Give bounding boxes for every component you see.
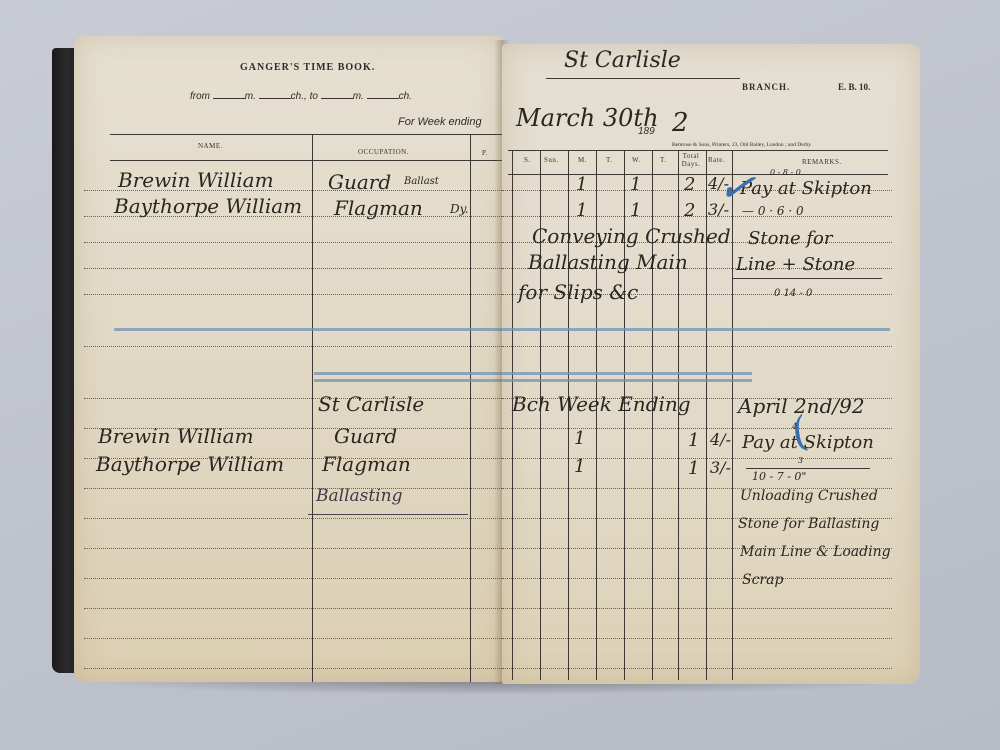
- week1-name-2: Baythorpe William: [114, 194, 302, 218]
- week1-note-line2b: Line + Stone: [736, 254, 855, 275]
- col-s-header: S.: [524, 156, 531, 164]
- col-sun-header: Sun.: [544, 156, 559, 164]
- ruled-line: [84, 578, 502, 579]
- week1-row1-w: 1: [630, 174, 641, 195]
- year-handwritten: 2: [672, 108, 689, 138]
- ruled-line: [84, 242, 502, 243]
- week1-row1-remarks: Pay at Skipton: [740, 178, 872, 199]
- from-miles-blank: [213, 90, 245, 99]
- week2-occupation-2: Flagman: [322, 452, 411, 476]
- week1-row1-m: 1: [576, 174, 587, 195]
- week2-remarks-line2: Stone for Ballasting: [738, 516, 879, 532]
- blue-rule: [114, 328, 502, 331]
- col-occupation-header: OCCUPATION.: [358, 148, 409, 156]
- mileage-range: from m. ch., to m. ch.: [190, 90, 412, 102]
- ballasting-underline: [308, 514, 468, 515]
- week2-occupation-note: Ballasting: [316, 486, 402, 506]
- blue-rule: [502, 379, 752, 382]
- col-t2-header: T.: [660, 156, 667, 164]
- col-t-header: T.: [606, 156, 613, 164]
- week2-occupation-1: Guard: [334, 424, 397, 448]
- ruled-line: [502, 578, 892, 579]
- line-stone-underline: [732, 278, 882, 279]
- header-bottom-rule: [110, 160, 502, 161]
- ruled-line: [502, 428, 892, 429]
- week2-row2-m: 1: [574, 456, 585, 477]
- week2-row2-remarks: 10 - 7 - 0": [752, 470, 806, 483]
- form-code: E. B. 10.: [838, 82, 870, 92]
- week2-row2-rate: 3/-: [710, 458, 731, 477]
- header-bottom-rule: [508, 174, 888, 175]
- week2-name-1: Brewin William: [98, 424, 254, 448]
- week2-remarks-line1: Unloading Crushed: [740, 488, 878, 504]
- blue-rule: [502, 372, 752, 375]
- col-m-header: M.: [578, 156, 587, 164]
- col-w-header: W.: [632, 156, 641, 164]
- week1-occupation-note-2: Dy.: [450, 202, 469, 216]
- header-top-rule: [508, 150, 888, 151]
- to-chains-blank: [367, 90, 399, 99]
- ruled-line: [84, 548, 502, 549]
- ruled-line: [84, 294, 502, 295]
- ruled-line: [84, 638, 502, 639]
- ruled-line: [502, 216, 892, 217]
- week2-remarks-line3: Main Line & Loading: [740, 544, 891, 560]
- week1-note-line1b: Stone for: [748, 228, 832, 249]
- week2-row1-rate: 4/-: [710, 430, 731, 449]
- col-name-header: NAME.: [198, 142, 223, 150]
- header-top-rule: [110, 134, 502, 135]
- pay-rule: [746, 468, 870, 469]
- branch-underline: [546, 78, 740, 79]
- ruled-line: [502, 638, 892, 639]
- ruled-line: [84, 518, 502, 519]
- week1-pay-superscript: 0 - 8 - 0: [770, 168, 801, 177]
- ruled-line: [502, 608, 892, 609]
- week-ending-label: For Week ending: [398, 116, 482, 128]
- week1-occupation-note-1: Ballast: [404, 176, 439, 187]
- col-total-days-header: Total Days.: [678, 152, 704, 168]
- year-printed: 189: [638, 126, 655, 137]
- ruled-line: [84, 346, 502, 347]
- ruled-line: [84, 398, 502, 399]
- week1-row2-w: 1: [630, 200, 641, 221]
- ruled-line: [84, 268, 502, 269]
- week2-row1-total: 1: [688, 430, 699, 451]
- week2-pay-superscript-2: 3: [798, 456, 803, 465]
- left-page: GANGER'S TIME BOOK. from m. ch., to m. c…: [74, 36, 502, 682]
- week2-row1-m: 1: [574, 428, 585, 449]
- week2-name-2: Baythorpe William: [96, 452, 284, 476]
- week1-note-line1: Conveying Crushed: [532, 224, 731, 248]
- week1-row2-total: 2: [684, 200, 695, 221]
- printer-imprint: Bemrose & Sons, Printers, 23, Old Bailey…: [672, 142, 811, 148]
- week2-branch: St Carlisle: [318, 392, 424, 416]
- col-remarks-header: REMARKS.: [802, 158, 842, 166]
- from-chains-blank: [259, 90, 291, 99]
- ruled-line: [84, 608, 502, 609]
- ruled-line: [84, 668, 502, 669]
- book-title: GANGER'S TIME BOOK.: [240, 62, 375, 73]
- col-p-header: P.: [482, 149, 488, 157]
- branch-handwritten: St Carlisle: [564, 48, 681, 73]
- week1-occupation-2: Flagman: [334, 196, 423, 220]
- week1-note-line3: for Slips &c: [518, 280, 638, 304]
- blue-rule: [314, 372, 502, 375]
- week1-note-line2: Ballasting Main: [528, 250, 688, 274]
- week2-remarks-line4: Scrap: [742, 572, 783, 588]
- week1-row2-m: 1: [576, 200, 587, 221]
- week2-row2-total: 1: [688, 458, 699, 479]
- week1-occupation-1: Guard: [328, 170, 391, 194]
- week2-heading: Bch Week Ending: [512, 392, 691, 416]
- week1-name-1: Brewin William: [118, 168, 274, 192]
- ruled-line: [502, 346, 892, 347]
- col-divider: [732, 150, 733, 680]
- ruled-line: [502, 668, 892, 669]
- week1-row1-total: 2: [684, 174, 695, 195]
- branch-label: BRANCH.: [742, 82, 790, 92]
- ruled-line: [84, 488, 502, 489]
- week1-amount: 0 14 - 0: [774, 288, 812, 299]
- blue-rule: [314, 379, 502, 382]
- blue-rule: [502, 328, 890, 331]
- right-page: St Carlisle BRANCH. E. B. 10. March 30th…: [502, 44, 920, 684]
- to-miles-blank: [321, 90, 353, 99]
